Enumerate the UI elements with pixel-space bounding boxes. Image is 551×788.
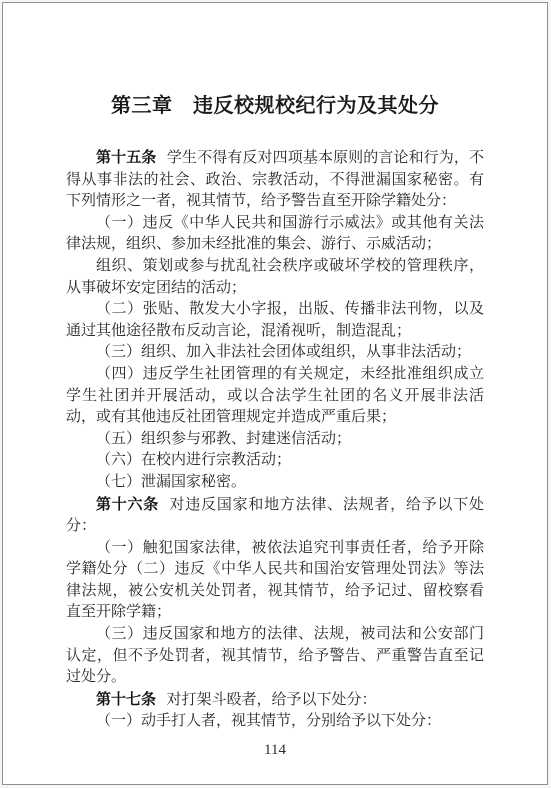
paragraph: 第十六条对违反国家和地方法律、法规者，给予以下处分：: [66, 494, 484, 538]
document-body: 第十五条学生不得有反对四项基本原则的言论和行为，不得从事非法的社会、政治、宗教活…: [66, 147, 484, 733]
paragraph: （七）泄漏国家秘密。: [66, 472, 484, 494]
paragraph: （六）在校内进行宗教活动；: [66, 450, 484, 472]
scanned-page: 第三章 违反校规校纪行为及其处分 第十五条学生不得有反对四项基本原则的言论和行为…: [2, 2, 548, 785]
article-number: 第十七条: [96, 691, 156, 708]
paragraph-text: （三）违反国家和地方的法律、法规，被司法和公安部门认定，但不予处罚者，视其情节，…: [66, 626, 484, 685]
page-number: 114: [3, 742, 547, 759]
paragraph: （一）违反《中华人民共和国游行示威法》或其他有关法律法规，组织、参加未经批准的集…: [66, 213, 484, 256]
paragraph: （四）违反学生社团管理的有关规定，未经批准组织成立学生社团并开展活动，或以合法学…: [66, 364, 484, 429]
paragraph: （一）动手打人者，视其情节，分别给予以下处分：: [66, 711, 484, 733]
paragraph-text: （一）触犯国家法律，被依法追究刊事责任者，给予开除学籍处分（二）违反《中华人民共…: [66, 540, 484, 621]
paragraph-text: （七）泄漏国家秘密。: [96, 474, 246, 490]
paragraph: （一）触犯国家法律，被依法追究刊事责任者，给予开除学籍处分（二）违反《中华人民共…: [66, 538, 484, 624]
chapter-heading: 第三章 违反校规校纪行为及其处分: [3, 89, 547, 118]
paragraph: （二）张贴、散发大小字报，出版、传播非法刊物，以及通过其他途径散布反动言论，混淆…: [66, 299, 484, 342]
paragraph: （三）违反国家和地方的法律、法规，被司法和公安部门认定，但不予处罚者，视其情节，…: [66, 624, 484, 689]
paragraph-text: （一）动手打人者，视其情节，分别给予以下处分：: [96, 713, 441, 729]
paragraph: 第十七条对打架斗殴者，给予以下处分：: [66, 689, 484, 712]
paragraph: 组织、策划或参与扰乱社会秩序或破坏学校的管理秩序，从事破坏安定团结的活动；: [66, 256, 484, 299]
paragraph-text: （五）组织参与邪教、封建迷信活动；: [96, 431, 351, 447]
paragraph: 第十五条学生不得有反对四项基本原则的言论和行为，不得从事非法的社会、政治、宗教活…: [66, 147, 484, 213]
paragraph-text: （四）违反学生社团管理的有关规定，未经批准组织成立学生社团并开展活动，或以合法学…: [66, 366, 484, 425]
paragraph-text: （六）在校内进行宗教活动；: [96, 452, 291, 468]
article-number: 第十六条: [96, 496, 159, 513]
paragraph: （五）组织参与邪教、封建迷信活动；: [66, 429, 484, 451]
paragraph-text: 组织、策划或参与扰乱社会秩序或破坏学校的管理秩序，从事破坏安定团结的活动；: [66, 258, 484, 296]
paragraph-text: （二）张贴、散发大小字报，出版、传播非法刊物，以及通过其他途径散布反动言论，混淆…: [66, 301, 484, 339]
paragraph-text: （一）违反《中华人民共和国游行示威法》或其他有关法律法规，组织、参加未经批准的集…: [66, 215, 484, 253]
paragraph-text: 对打架斗殴者，给予以下处分：: [167, 692, 377, 708]
paragraph-text: （三）组织、加入非法社会团体或组织，从事非法活动；: [96, 344, 471, 360]
paragraph: （三）组织、加入非法社会团体或组织，从事非法活动；: [66, 342, 484, 364]
article-number: 第十五条: [96, 149, 156, 166]
